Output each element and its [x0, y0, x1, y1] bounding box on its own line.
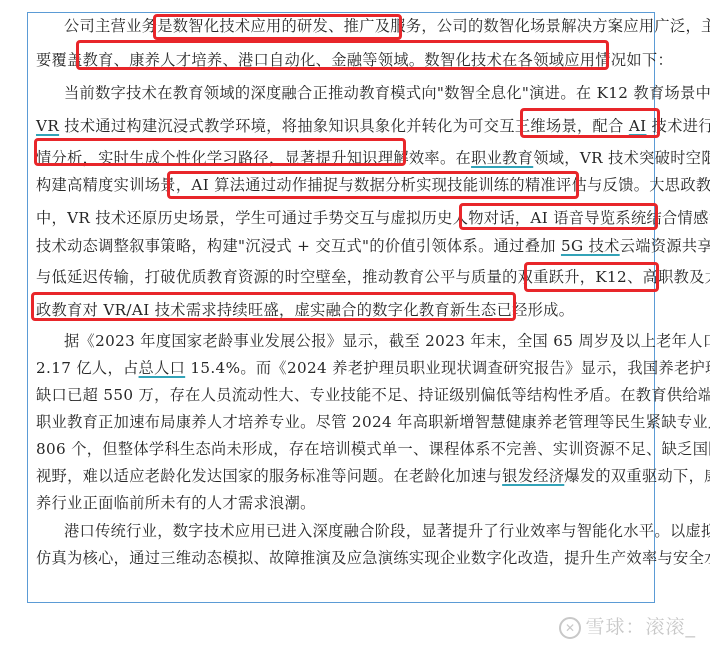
p2-line-7: 与低延迟传输，打破优质教育资源的时空壁垒，推动教育公平与质量的双重跃升，K12、… — [36, 264, 626, 290]
text-line: 中，VR 技术还原历史场景，学生可通过手势交互与虚拟历史人物对话，AI 语音导览… — [36, 209, 710, 227]
text-line: 要覆盖教育、康养人才培养、港口自动化、金融等领域。数智化技术在各领域应用情况如下… — [36, 51, 673, 69]
p1-line-2: 要覆盖教育、康养人才培养、港口自动化、金融等领域。数智化技术在各领域应用情况如下… — [36, 47, 626, 73]
text-line: 仿真为核心，通过三维动态模拟、故障推演及应急演练实现企业数字化改造，提升生产效率… — [36, 549, 710, 567]
xueqiu-logo-icon: ✕ — [559, 617, 581, 639]
text-line: 养行业正面临前所未有的人才需求浪潮。 — [36, 494, 316, 512]
link-vr[interactable]: VR — [36, 117, 59, 135]
text-segment: 技术进行学 — [647, 117, 710, 135]
p2-line-8: 政教育对 VR/AI 技术需求持续旺盛，虚实融合的数字化教育新生态已经形成。 — [36, 297, 626, 323]
p2-line-1: 当前数字技术在教育领域的深度融合正推动教育模式向"数智全息化"演进。在 K12 … — [64, 80, 626, 106]
text-line: 与低延迟传输，打破优质教育资源的时空壁垒，推动教育公平与质量的双重跃升，K12、… — [36, 268, 710, 286]
link-ai[interactable]: AI — [629, 117, 647, 135]
p2-line-5: 中，VR 技术还原历史场景，学生可通过手势交互与虚拟历史人物对话，AI 语音导览… — [36, 205, 626, 231]
link-5g[interactable]: 5G 技术 — [561, 237, 620, 255]
p3-line-2: 2.17 亿人，占总人口 15.4%。而《2024 养老护理员职业现状调查研究报… — [36, 355, 626, 381]
text-line: 据《2023 年度国家老龄事业发展公报》显示，截至 2023 年末，全国 65 … — [64, 332, 710, 350]
text-segment: 情分析，实时生成个性化学习路径，显著提升知识理解效率。在 — [36, 149, 471, 167]
text-segment: 技术动态调整叙事策略，构建"沉浸式 + 交互式"的价值引领体系。通过叠加 — [36, 237, 561, 255]
link-silver-economy[interactable]: 银发经济 — [502, 467, 564, 485]
p3-line-7: 养行业正面临前所未有的人才需求浪潮。 — [36, 490, 626, 516]
text-line: 港口传统行业，数字技术应用已进入深度融合阶段，显著提升了行业效率与智能化水平。以… — [64, 522, 710, 540]
text-segment: 云端资源共享 — [620, 237, 710, 255]
text-segment: 2.17 亿人，占 — [36, 359, 139, 377]
text-segment: 视野，难以适应老龄化发达国家的服务标准等问题。在老龄化加速与 — [36, 467, 502, 485]
text-segment: 15.4%。而《2024 养老护理员职业现状调查研究报告》显示，我国养老护理员 — [185, 359, 710, 377]
text-line: 公司主营业务是数智化技术应用的研发、推广及服务，公司的数智化场景解决方案应用广泛… — [64, 17, 710, 35]
text-line: 806 个，但整体学科生态尚未形成，存在培训模式单一、课程体系不完善、实训资源不… — [36, 440, 710, 458]
p4-line-2: 仿真为核心，通过三维动态模拟、故障推演及应急演练实现企业数字化改造，提升生产效率… — [36, 545, 626, 571]
link-total-population[interactable]: 总人口 — [139, 359, 186, 377]
watermark-text: 雪球：滚滚_ — [585, 616, 696, 638]
text-line: 构建高精度实训场景，AI 算法通过动作捕捉与数据分析实现技能训练的精准评估与反馈… — [36, 176, 710, 194]
p3-line-5: 806 个，但整体学科生态尚未形成，存在培训模式单一、课程体系不完善、实训资源不… — [36, 436, 626, 462]
p4-line-1: 港口传统行业，数字技术应用已进入深度融合阶段，显著提升了行业效率与智能化水平。以… — [64, 518, 626, 544]
text-line: 当前数字技术在教育领域的深度融合正推动教育模式向"数智全息化"演进。在 K12 … — [64, 84, 710, 102]
text-segment: 领域，VR 技术突破时空限制 — [533, 149, 710, 167]
text-line: 政教育对 VR/AI 技术需求持续旺盛，虚实融合的数字化教育新生态已经形成。 — [36, 301, 574, 319]
text-segment: 爆发的双重驱动下，康 — [564, 467, 710, 485]
p3-line-1: 据《2023 年度国家老龄事业发展公报》显示，截至 2023 年末，全国 65 … — [64, 328, 626, 354]
p2-line-2: VR 技术通过构建沉浸式教学环境，将抽象知识具象化并转化为可交互三维场景，配合 … — [36, 113, 626, 139]
text-line: 缺口已超 550 万，存在人员流动性大、专业技能不足、持证级别偏低等结构性矛盾。… — [36, 386, 710, 404]
p2-line-6: 技术动态调整叙事策略，构建"沉浸式 + 交互式"的价值引领体系。通过叠加 5G … — [36, 233, 626, 259]
p2-line-3: 情分析，实时生成个性化学习路径，显著提升知识理解效率。在职业教育领域，VR 技术… — [36, 145, 626, 171]
p2-line-4: 构建高精度实训场景，AI 算法通过动作捕捉与数据分析实现技能训练的精准评估与反馈… — [36, 172, 626, 198]
p3-line-4: 职业教育正加速布局康养人才培养专业。尽管 2024 年高职新增智慧健康养老管理等… — [36, 409, 626, 435]
watermark: ✕雪球：滚滚_ — [559, 612, 696, 639]
text-line: 职业教育正加速布局康养人才培养专业。尽管 2024 年高职新增智慧健康养老管理等… — [36, 413, 710, 431]
p3-line-3: 缺口已超 550 万，存在人员流动性大、专业技能不足、持证级别偏低等结构性矛盾。… — [36, 382, 626, 408]
link-vocational-education[interactable]: 职业教育 — [471, 149, 533, 167]
p1-line-1: 公司主营业务是数智化技术应用的研发、推广及服务，公司的数智化场景解决方案应用广泛… — [64, 13, 626, 39]
p3-line-6: 视野，难以适应老龄化发达国家的服务标准等问题。在老龄化加速与银发经济爆发的双重驱… — [36, 463, 626, 489]
text-segment: 技术通过构建沉浸式教学环境，将抽象知识具象化并转化为可交互三维场景，配合 — [59, 117, 629, 135]
